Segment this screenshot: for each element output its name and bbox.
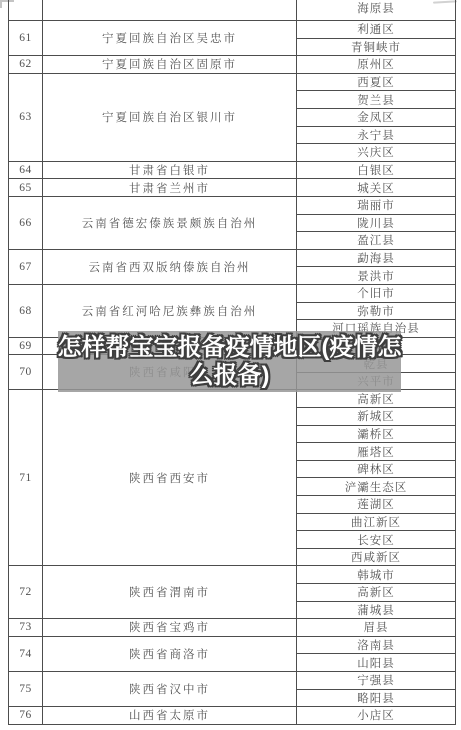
city-cell [43, 0, 297, 21]
city-cell: 宁夏回族自治区吴忠市 [43, 21, 297, 56]
row-number-cell: 66 [9, 196, 43, 249]
district-cell: 长安区 [297, 531, 456, 549]
row-number-cell: 76 [9, 707, 43, 725]
row-number-cell: 69 [9, 337, 43, 355]
city-cell: 云南省红河哈尼族彝族自治州 [43, 284, 297, 337]
row-number-cell: 67 [9, 249, 43, 284]
city-cell: 陕西省汉中市 [43, 671, 297, 706]
table-row: 63宁夏回族自治区银川市西夏区 [9, 73, 456, 91]
city-cell: 云南省德宏傣族景颇族自治州 [43, 196, 297, 249]
city-cell: 陕西省西安市 [43, 390, 297, 566]
district-cell: 高新区 [297, 584, 456, 602]
district-cell: 韩城市 [297, 566, 456, 584]
row-number-cell: 71 [9, 390, 43, 566]
district-cell: 弥勒市 [297, 302, 456, 320]
row-number-cell: 75 [9, 671, 43, 706]
table-row: 61宁夏回族自治区吴忠市利通区 [9, 21, 456, 39]
row-number-cell: 70 [9, 355, 43, 390]
district-cell: 个旧市 [297, 284, 456, 302]
district-cell: 西夏区 [297, 73, 456, 91]
row-number-cell: 73 [9, 619, 43, 637]
district-cell: 贺兰县 [297, 91, 456, 109]
city-cell: 陕西省宝鸡市 [43, 619, 297, 637]
table-row: 71陕西省西安市高新区 [9, 390, 456, 408]
district-cell: 原州区 [297, 56, 456, 74]
city-cell: 甘肃省白银市 [43, 161, 297, 179]
row-number-cell [9, 0, 43, 21]
table-row: 海原县 [9, 0, 456, 21]
district-cell: 蒲城县 [297, 601, 456, 619]
district-cell: 城关区 [297, 179, 456, 197]
table-row: 75陕西省汉中市宁强县 [9, 671, 456, 689]
table-row: 73陕西省宝鸡市眉县 [9, 619, 456, 637]
city-cell: 陕西省渭南市 [43, 566, 297, 619]
district-cell: 海原县 [297, 0, 456, 21]
city-cell: 山西省太原市 [43, 707, 297, 725]
row-number-cell: 61 [9, 21, 43, 56]
table-row: 76山西省太原市小店区 [9, 707, 456, 725]
district-cell: 白银区 [297, 161, 456, 179]
district-cell: 青铜峡市 [297, 38, 456, 56]
district-cell: 山阳县 [297, 654, 456, 672]
table-row: 72陕西省渭南市韩城市 [9, 566, 456, 584]
table-row: 67云南省西双版纳傣族自治州勐海县 [9, 249, 456, 267]
row-number-cell: 72 [9, 566, 43, 619]
district-cell: 新城区 [297, 408, 456, 426]
city-cell: 甘肃省兰州市 [43, 179, 297, 197]
district-cell: 雁塔区 [297, 443, 456, 461]
district-cell: 浐灞生态区 [297, 478, 456, 496]
district-cell: 利通区 [297, 21, 456, 39]
watermark-title-banner: 怎样帮宝宝报备疫情地区(疫情怎 么报备) [58, 331, 401, 392]
district-cell: 勐海县 [297, 249, 456, 267]
row-number-cell: 63 [9, 73, 43, 161]
row-number-cell: 62 [9, 56, 43, 74]
district-cell: 陇川县 [297, 214, 456, 232]
row-number-cell: 64 [9, 161, 43, 179]
district-cell: 曲江新区 [297, 513, 456, 531]
city-cell: 陕西省商洛市 [43, 636, 297, 671]
district-cell: 永宁县 [297, 126, 456, 144]
table-row: 68云南省红河哈尼族彝族自治州个旧市 [9, 284, 456, 302]
district-cell: 碑林区 [297, 460, 456, 478]
district-cell: 高新区 [297, 390, 456, 408]
row-number-cell: 74 [9, 636, 43, 671]
city-cell: 云南省西双版纳傣族自治州 [43, 249, 297, 284]
table-row: 64甘肃省白银市白银区 [9, 161, 456, 179]
district-cell: 莲湖区 [297, 496, 456, 514]
row-number-cell: 68 [9, 284, 43, 337]
table-row: 62宁夏回族自治区固原市原州区 [9, 56, 456, 74]
city-cell: 宁夏回族自治区银川市 [43, 73, 297, 161]
watermark-title-line-1: 怎样帮宝宝报备疫情地区(疫情怎 [58, 334, 402, 362]
watermark-title-line-2: 么报备) [190, 362, 270, 390]
district-cell: 盈江县 [297, 232, 456, 250]
row-number-cell: 65 [9, 179, 43, 197]
table-row: 65甘肃省兰州市城关区 [9, 179, 456, 197]
district-cell: 景洪市 [297, 267, 456, 285]
city-cell: 宁夏回族自治区固原市 [43, 56, 297, 74]
district-cell: 小店区 [297, 707, 456, 725]
table-row: 74陕西省商洛市洛南县 [9, 636, 456, 654]
district-cell: 略阳县 [297, 689, 456, 707]
table-row: 66云南省德宏傣族景颇族自治州瑞丽市 [9, 196, 456, 214]
district-cell: 兴庆区 [297, 144, 456, 162]
document-page: 海原县61宁夏回族自治区吴忠市利通区青铜峡市62宁夏回族自治区固原市原州区63宁… [0, 0, 461, 730]
district-cell: 洛南县 [297, 636, 456, 654]
district-cell: 金凤区 [297, 108, 456, 126]
district-cell: 西咸新区 [297, 548, 456, 566]
district-cell: 灞桥区 [297, 425, 456, 443]
district-cell: 瑞丽市 [297, 196, 456, 214]
district-cell: 宁强县 [297, 671, 456, 689]
district-cell: 眉县 [297, 619, 456, 637]
